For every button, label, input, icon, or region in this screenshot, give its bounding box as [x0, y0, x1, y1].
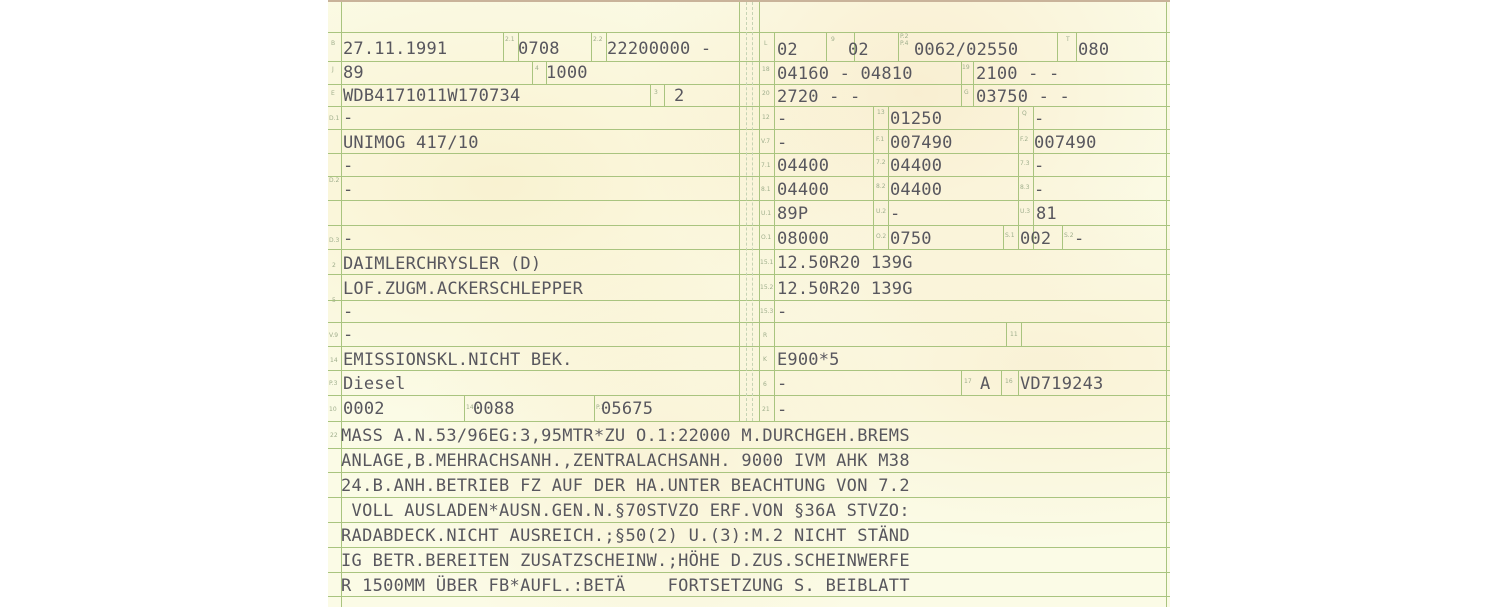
field-label-t: T	[1066, 36, 1070, 43]
power-rpm: 0062/02550	[914, 40, 1018, 60]
emission-class-code: -	[343, 325, 353, 345]
field-label-6: 6	[763, 381, 767, 388]
standing-places: -	[1074, 229, 1084, 249]
axle-load-permitted-1: 04400	[777, 180, 829, 200]
field-label-u2: U.2	[876, 208, 886, 215]
make: -	[343, 108, 353, 128]
support-load: 01250	[890, 109, 942, 129]
field-label-12: 12	[762, 114, 770, 121]
remark-line: IG BETR.BEREITEN ZUSATZSCHEINW.;HÖHE D.Z…	[341, 551, 910, 571]
tank-volume: -	[777, 109, 787, 129]
field-label-10: 10	[329, 406, 337, 413]
type-approval-number: E900*5	[777, 350, 840, 370]
fuel-type: Diesel	[343, 374, 406, 394]
axle-load-permitted-3: -	[1034, 180, 1044, 200]
vehicle-category: LOF.ZUGM.ACKERSCHLEPPER	[343, 279, 583, 299]
max-mass-permitted: 007490	[1034, 133, 1097, 153]
remark-line: ANLAGE,B.MEHRACHSANH.,ZENTRALACHSANH. 90…	[341, 451, 910, 471]
field-label-13: 13	[877, 109, 885, 116]
field-label-22: 22	[330, 432, 338, 439]
field-label-21: 21	[762, 406, 770, 413]
drive-by-noise: 81	[1036, 204, 1057, 224]
remark-line: MASS A.N.53/96EG:3,95MTR*ZU O.1:22000 M.…	[341, 426, 910, 446]
field-label-f2: F.2	[1020, 136, 1028, 143]
field-label-15-1: 15.1	[760, 259, 773, 266]
axle-load-2: 04400	[890, 156, 942, 176]
field-label-8-3: 8.3	[1020, 184, 1030, 191]
body-type: 1000	[546, 63, 588, 83]
manufacturer: DAIMLERCHRYSLER (D)	[343, 254, 541, 274]
field-label-20: 20	[762, 90, 770, 97]
field-label-l: L	[764, 40, 767, 47]
tyres-axle-3: -	[777, 302, 787, 322]
driven-axles: 02	[848, 40, 869, 60]
axle-load-3: -	[1034, 156, 1044, 176]
field-label-q: Q	[1022, 110, 1027, 117]
power-weight-ratio: -	[1034, 109, 1044, 129]
axles: 02	[777, 40, 798, 60]
field-label-v9: V.9	[329, 332, 338, 339]
tyres-axle-1: 12.50R20 139G	[777, 253, 913, 273]
co2: -	[777, 133, 787, 153]
field-label-s2: S.2	[1064, 232, 1074, 239]
commercial-name: -	[343, 229, 353, 249]
version: -	[343, 180, 353, 200]
field-label-d1: D.1	[329, 115, 339, 122]
field-label-11: 11	[1010, 331, 1018, 338]
remark-line: RADABDECK.NICHT AUSREICH.;§50(2) U.(3):M…	[341, 526, 910, 546]
field-label-3: 3	[654, 89, 658, 96]
towing-braked: 08000	[777, 229, 829, 249]
vin: WDB4171011W170734	[343, 86, 520, 106]
engine-speed-noise: -	[890, 204, 900, 224]
emission-class: EMISSIONSKL.NICHT BEK.	[343, 350, 573, 370]
vehicle-class: 89	[343, 63, 364, 83]
field-label-5: 5	[332, 297, 336, 304]
field-label-8-1: 8.1	[761, 186, 771, 193]
vehicle-category-cont: -	[343, 302, 353, 322]
vehicle-registration-document: B 27.11.1991 2.1 0708 2.2 22200000 - J 8…	[328, 0, 1170, 607]
field-label-u3: U.3	[1020, 208, 1030, 215]
variant: -	[343, 156, 353, 176]
axle-load-permitted-2: 04400	[890, 180, 942, 200]
stationary-noise: 89P	[777, 204, 808, 224]
field-label-16: 16	[1005, 378, 1013, 385]
field-label-b: B	[331, 40, 335, 47]
field-label-f1: F.1	[876, 136, 884, 143]
field-label-p3: P.3	[329, 380, 337, 387]
max-speed: 080	[1078, 40, 1109, 60]
field-label-r: R	[763, 332, 767, 339]
field-label-9: 9	[831, 36, 835, 43]
field-label-j: J	[332, 66, 334, 73]
field-label-g: G	[964, 89, 969, 96]
field-label-7-3: 7.3	[1020, 160, 1030, 167]
document-number: VD719243	[1020, 374, 1103, 394]
empty-mass: 03750 - -	[976, 87, 1070, 107]
field-label-d2: D.2	[329, 177, 339, 184]
other-notes-code: -	[777, 400, 787, 420]
axle-load-1: 04400	[777, 156, 829, 176]
field-label-2: 2	[332, 262, 336, 269]
field-label-19: 19	[962, 64, 970, 71]
first-registration-date: 27.11.1991	[343, 39, 447, 59]
model-designation: UNIMOG 417/10	[343, 133, 479, 153]
field-label-2-2: 2.2	[593, 36, 603, 43]
field-label-2-1: 2.1	[505, 36, 515, 43]
field-label-o2: O.2	[876, 233, 886, 240]
field-label-k: K	[763, 356, 767, 363]
field-label-d3: D.3	[329, 237, 339, 244]
field-label-e: E	[331, 90, 335, 97]
operating-permit-code: A	[980, 374, 990, 394]
field-label-p2-p4: P.2 P.4	[900, 33, 912, 47]
height: 2720 - -	[777, 87, 860, 107]
towing-unbraked: 0750	[890, 229, 932, 249]
field-label-7-2: 7.2	[876, 159, 886, 166]
manufacturer-code: 0708	[518, 39, 560, 59]
field-label-18: 18	[762, 66, 770, 73]
field-label-o1: O.1	[761, 234, 771, 241]
emission-code-14-1: 0088	[473, 399, 515, 419]
remark-line: R 1500MM ÜBER FB*AUFL.:BETÄ FORTSETZUNG …	[341, 576, 910, 596]
field-label-15-2: 15.2	[760, 284, 773, 291]
vin-check-digit: 2	[674, 86, 684, 106]
field-label-u1: U.1	[761, 210, 771, 217]
emission-code: 0002	[343, 399, 385, 419]
field-label-4: 4	[535, 65, 539, 72]
max-mass-technical: 007490	[890, 133, 953, 153]
type-approval-date: -	[777, 374, 787, 394]
field-label-17: 17	[964, 378, 972, 385]
remark-line: 24.B.ANH.BETRIEB FZ AUF DER HA.UNTER BEA…	[341, 476, 910, 496]
tyres-axle-2: 12.50R20 139G	[777, 279, 913, 299]
field-label-15-3: 15.3	[760, 308, 773, 315]
field-label-v7: V.7	[761, 138, 770, 145]
field-label-7-1: 7.1	[761, 162, 771, 169]
field-label-14: 14	[330, 357, 338, 364]
displacement: 05675	[601, 399, 653, 419]
remark-line: VOLL AUSLADEN*AUSN.GEN.N.§70STVZO ERF.VO…	[341, 501, 910, 521]
field-label-s1: S.1	[1005, 232, 1015, 239]
width: 2100 - -	[976, 64, 1059, 84]
length: 04160 - 04810	[777, 64, 913, 84]
seats: 002	[1020, 229, 1051, 249]
type-code: 22200000 -	[607, 39, 711, 59]
field-label-8-2: 8.2	[876, 183, 886, 190]
